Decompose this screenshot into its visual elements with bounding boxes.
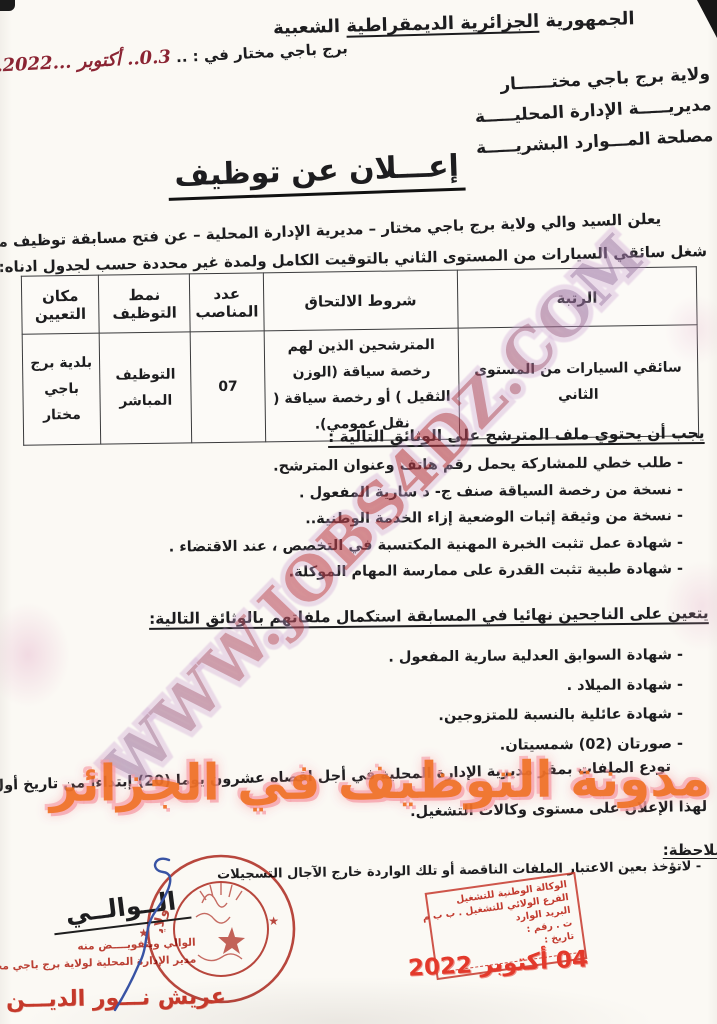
table-header-row: الرتبة شروط الالتحاق عدد المناصب نمط الت… [21, 267, 697, 334]
cell-conditions: المترشحين الذين لهم رخصة سياقة (الوزن ال… [264, 328, 459, 442]
cell-assignment-place: بلدية برج باجي مختار [22, 333, 101, 445]
cell-recruitment-mode: التوظيف المباشر [99, 332, 191, 444]
announcement-intro: يعلن السيد والي ولاية برج باجي مختار – م… [6, 200, 707, 268]
stamp-star-right-icon: ★ [268, 914, 279, 928]
header-recruitment-mode: نمط التوظيف [99, 274, 191, 333]
republic-title-part2: الجزائرية الديمقراطية [346, 11, 539, 37]
final-documents-heading: يتعين على الناجحين نهائيا في المسابقة اس… [149, 604, 709, 628]
positions-table: الرتبة شروط الالتحاق عدد المناصب نمط الت… [21, 266, 699, 445]
handwritten-signature [103, 852, 195, 1020]
list-item: - شهادة عائلية بالنسبة للمتزوجين. [10, 706, 683, 728]
republic-title-part3: الشعبية [273, 16, 347, 39]
list-item: - نسخة من وثيقة إثبات الوضعية إزاء الخدم… [10, 508, 683, 530]
list-item: - صورتان (02) شمسيتان. [10, 736, 683, 758]
scan-corner-artifact-left [0, 0, 15, 11]
scanned-job-announcement-document: الجمهورية الجزائرية الديمقراطية الشعبية … [0, 0, 717, 1024]
header-rank: الرتبة [457, 267, 697, 328]
note-heading: ملاحظة: [663, 841, 717, 859]
header-conditions: شروط الالتحاق [263, 270, 457, 331]
list-item: - شهادة عمل تثبت الخبرة المهنية المكتسبة… [10, 535, 683, 557]
list-item: - طلب خطي للمشاركة يحمل رقم هاتف وعنوان … [10, 455, 683, 477]
republic-title-part1: الجمهورية [539, 8, 635, 31]
republic-title: الجمهورية الجزائرية الديمقراطية الشعبية [273, 8, 635, 38]
header-positions-count: عدد المناصب [189, 273, 264, 332]
required-documents-list: - طلب خطي للمشاركة يحمل رقم هاتف وعنوان … [10, 455, 683, 588]
cell-rank: سائقي السيارات من المستوى الثاني [458, 325, 699, 439]
received-date-stamp: 04 أكتوبر 2022 [397, 946, 598, 982]
authority-directorate: مديريـــــة الإدارة المحليـــــة [474, 95, 712, 127]
authority-hr-service: مصلحة المـــوارد البشريـــــة [475, 126, 713, 158]
list-item: - شهادة السوابق العدلية سارية المفعول . [10, 647, 683, 669]
required-documents-heading: يجب أن يحتوي ملف المترشح على الوثائق الت… [328, 424, 705, 446]
publication-line: لهذا الإعلان على مستوى وكالات التشغيل. [410, 799, 707, 820]
scan-corner-artifact-right [697, 0, 717, 38]
handwritten-date: 0.3.. أكتوبر ...2022... [0, 46, 171, 77]
date-printed-label: برج باجي مختار في : .. [176, 39, 349, 66]
list-item: - نسخة من رخصة السياقة صنف ج- د سارية ال… [10, 482, 683, 504]
stamp-emblem [196, 881, 245, 961]
cell-positions-count: 07 [190, 331, 266, 443]
date-line: برج باجي مختار في : .. 0.3.. أكتوبر ...2… [12, 37, 349, 76]
final-documents-list: - شهادة السوابق العدلية سارية المفعول . … [10, 647, 683, 765]
announcement-title: إعـــلان عن توظيف [204, 148, 465, 199]
header-assignment-place: مكان التعيين [21, 275, 99, 334]
list-item: - شهادة الميلاد . [10, 677, 683, 699]
list-item: - شهادة طبية تثبت القدرة على ممارسة المه… [10, 561, 683, 583]
authority-wilaya: ولاية برج باجي مختــــــار [472, 64, 710, 96]
issuing-authority-block: ولاية برج باجي مختــــــار مديريـــــة ا… [472, 64, 714, 169]
